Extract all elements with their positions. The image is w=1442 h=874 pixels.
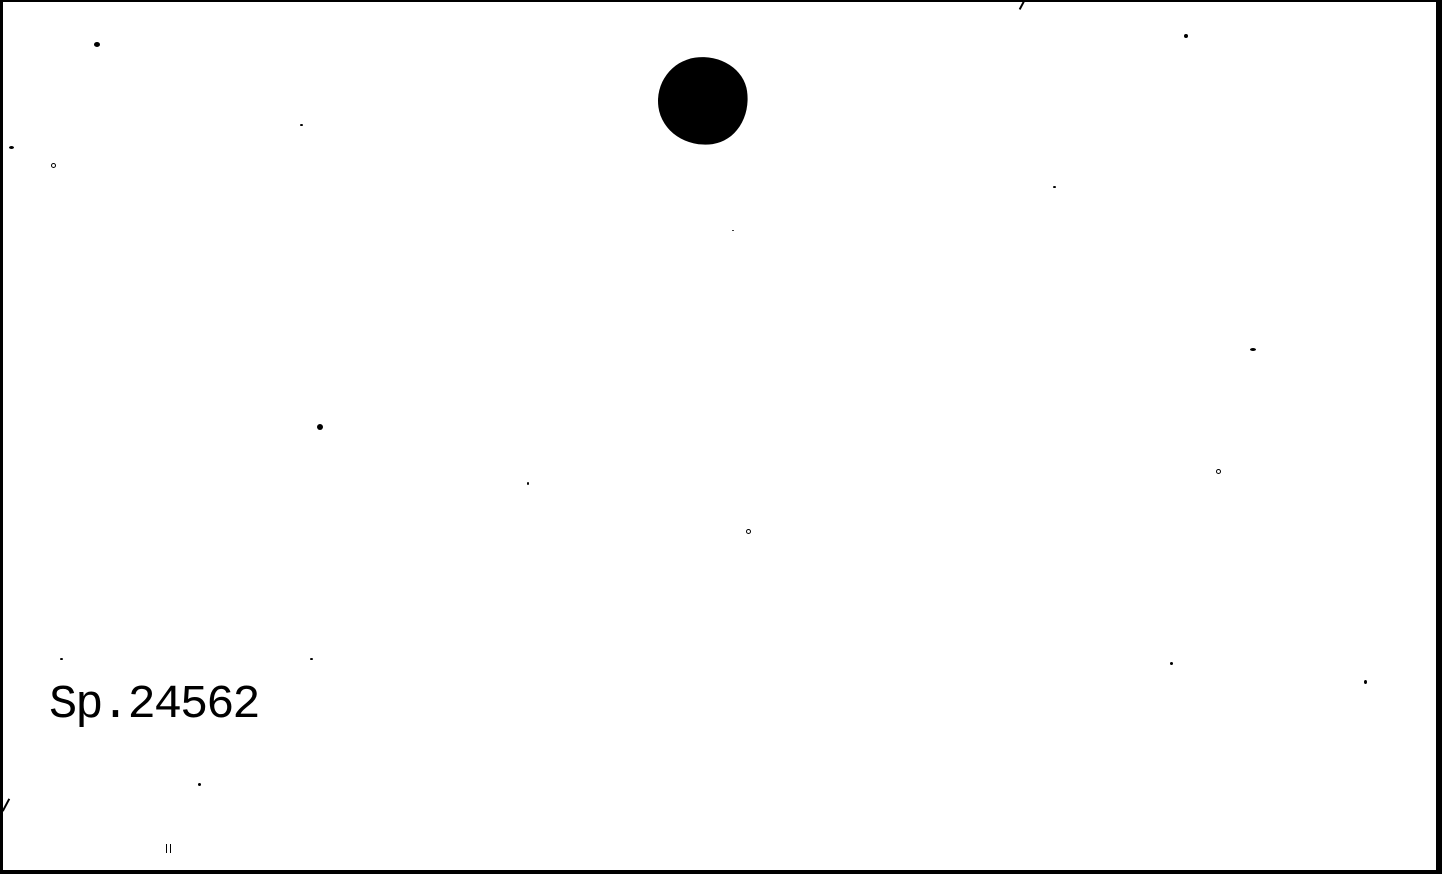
dust-speck: [1053, 186, 1056, 188]
dust-speck: [310, 658, 313, 660]
scratch-mark: [2, 798, 10, 811]
dust-speck: [746, 529, 751, 534]
index-card: Sp.24562: [3, 2, 1436, 870]
dust-speck: [1216, 469, 1221, 474]
dust-speck: [198, 783, 201, 786]
dust-speck: [1364, 680, 1367, 684]
dust-speck: [1250, 348, 1256, 351]
shelfmark-label: Sp.24562: [49, 682, 259, 729]
dust-speck: [527, 482, 529, 485]
dust-speck: [317, 424, 323, 430]
dust-speck: [60, 658, 63, 660]
dust-speck: [166, 844, 167, 853]
dust-speck: [51, 163, 56, 168]
dust-speck: [170, 844, 171, 853]
dust-speck: [1184, 34, 1188, 38]
punch-hole-icon: [652, 51, 753, 151]
dust-speck: [94, 42, 100, 47]
dust-speck: [9, 146, 14, 149]
dust-speck: [1170, 662, 1173, 665]
dust-speck: [732, 230, 734, 231]
scratch-mark: [1019, 0, 1025, 10]
dust-speck: [300, 124, 303, 126]
